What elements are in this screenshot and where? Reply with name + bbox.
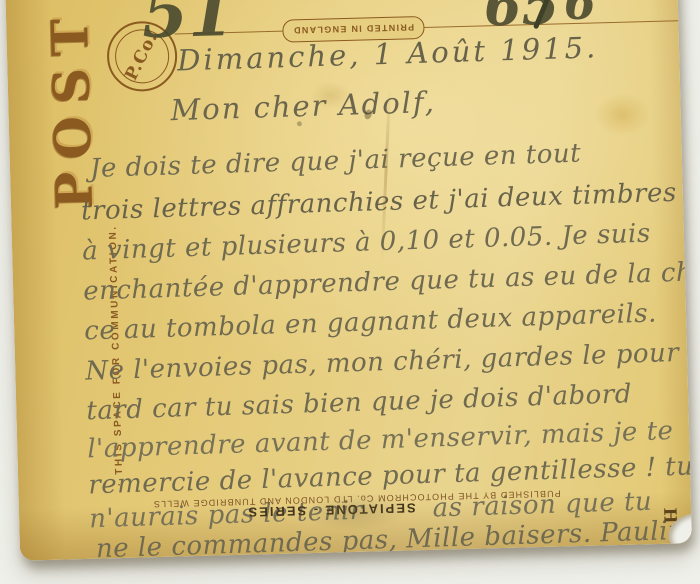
handwritten-line: ce au tombola en gagnant deux appareils. — [84, 298, 657, 346]
printed-in-england-text: PRINTED IN ENGLAND — [293, 23, 415, 36]
ink-fragment: 6 — [563, 0, 596, 30]
ink-speck — [297, 121, 302, 126]
stain — [583, 84, 663, 146]
handwritten-line: Je dois te dire que j'ai reçue en tout — [90, 139, 582, 184]
handwritten-date-line: Dimanche, 1 Août 1915. — [177, 30, 599, 77]
handwritten-line: Ne l'envoies pas, mon chéri, gardes le p… — [85, 336, 692, 387]
handwritten-line: trois lettres affranchies et j'ai deux t… — [81, 178, 677, 227]
scanned-postcard-background: POST CARD P.Co. PRINTED IN ENGLAND · THI… — [0, 0, 700, 584]
handwritten-line: enchantée d'apprendre que tu as eu de la… — [83, 256, 692, 306]
postcard: POST CARD P.Co. PRINTED IN ENGLAND · THI… — [4, 0, 692, 561]
divider-rule — [175, 20, 679, 34]
handwritten-line: à vingt et plusieurs à 0,10 et 0.05. Je … — [82, 219, 651, 267]
